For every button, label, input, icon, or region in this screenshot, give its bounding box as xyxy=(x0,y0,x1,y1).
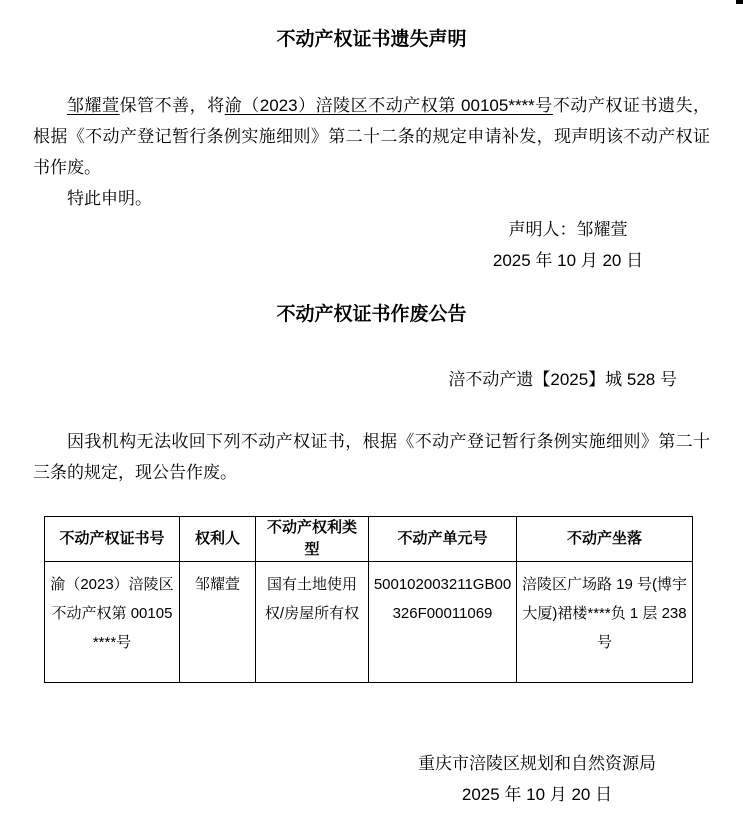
notice-title: 不动产权证书作废公告 xyxy=(33,301,710,328)
declaration-date: 2025 年 10 月 20 日 xyxy=(426,245,710,276)
header-holder: 权利人 xyxy=(180,517,256,562)
header-right-type: 不动产权利类型 xyxy=(256,517,369,562)
cell-cert-number: 渝（2023）涪陵区不动产权第 00105****号 xyxy=(45,562,180,683)
issuer-name: 重庆市涪陵区规划和自然资源局 xyxy=(364,748,710,779)
corner-artifact xyxy=(736,0,743,4)
header-cert-number: 不动产权证书号 xyxy=(45,517,180,562)
table-row: 渝（2023）涪陵区不动产权第 00105****号 邹耀萱 国有土地使用权/房… xyxy=(45,562,693,683)
notice-doc-number: 涪不动产遗【2025】城 528 号 xyxy=(33,364,710,395)
declaration-text-after-owner: 保管不善，将 xyxy=(120,96,225,115)
cell-holder: 邹耀萱 xyxy=(180,562,256,683)
declaration-title: 不动产权证书遗失声明 xyxy=(33,26,710,53)
cell-unit-number: 500102003211GB00326F00011069 xyxy=(369,562,517,683)
issuer-date: 2025 年 10 月 20 日 xyxy=(364,779,710,810)
declaration-cert-number: 渝（2023）涪陵区不动产权第 00105****号 xyxy=(225,96,553,115)
declaration-signer: 声明人：邹耀萱 xyxy=(426,214,710,245)
notice-paragraph: 因我机构无法收回下列不动产权证书，根据《不动产登记暂行条例实施细则》第二十三条的… xyxy=(33,426,710,488)
declaration-closing: 特此申明。 xyxy=(33,183,710,214)
header-location: 不动产坐落 xyxy=(517,517,693,562)
declaration-paragraph: 邹耀萱保管不善，将渝（2023）涪陵区不动产权第 00105****号不动产权证… xyxy=(33,90,710,183)
cell-right-type: 国有土地使用权/房屋所有权 xyxy=(256,562,369,683)
declaration-owner-name: 邹耀萱 xyxy=(67,96,120,115)
document-page: 不动产权证书遗失声明 邹耀萱保管不善，将渝（2023）涪陵区不动产权第 0010… xyxy=(0,0,743,830)
certificate-table: 不动产权证书号 权利人 不动产权利类型 不动产单元号 不动产坐落 渝（2023）… xyxy=(44,516,693,683)
header-unit-number: 不动产单元号 xyxy=(369,517,517,562)
declaration-signature-block: 声明人：邹耀萱 2025 年 10 月 20 日 xyxy=(426,214,710,276)
issuer-block: 重庆市涪陵区规划和自然资源局 2025 年 10 月 20 日 xyxy=(364,748,710,810)
table-header-row: 不动产权证书号 权利人 不动产权利类型 不动产单元号 不动产坐落 xyxy=(45,517,693,562)
cell-location: 涪陵区广场路 19 号(博宇大厦)裙楼****负 1 层 238 号 xyxy=(517,562,693,683)
